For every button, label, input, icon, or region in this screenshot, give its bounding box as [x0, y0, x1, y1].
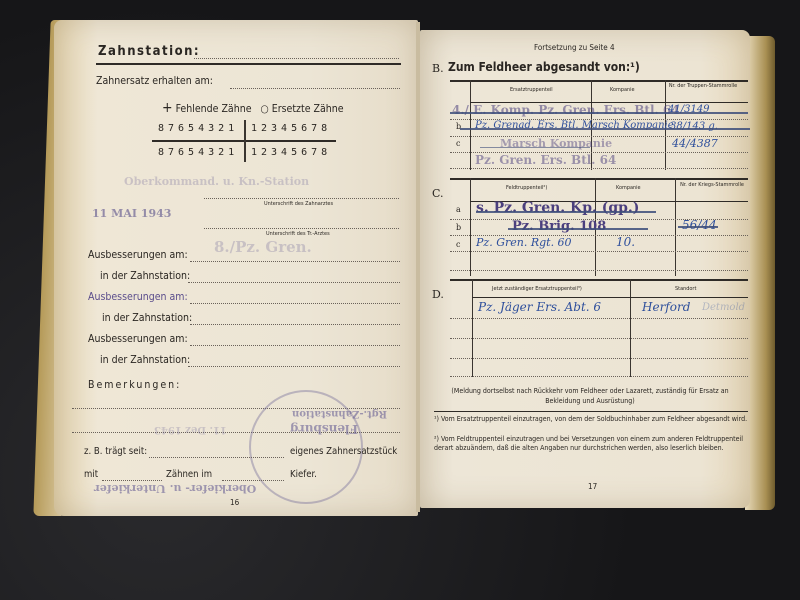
teeth-in-label: Zähnen im — [166, 469, 212, 480]
lower-date-stamp: 11. Dez 1943 — [154, 424, 227, 435]
tooth-lower-left-quadrant: 12345678 — [251, 147, 331, 158]
repair-1-station-label: in der Zahnstation: — [100, 270, 190, 282]
row-b-c-unit: Marsch Kompanie — [500, 137, 612, 150]
row-d-unit: Pz. Jäger Ers. Abt. 6 — [478, 300, 601, 314]
title-rule — [96, 63, 401, 65]
fill-line — [188, 366, 400, 367]
faint-unit-stamp: 8./Pz. Gren. — [214, 238, 312, 256]
col-header-feldtruppenteil: Feldtruppenteil²) — [506, 185, 547, 191]
col-header-kriegsstammrolle: Nr. der Kriegs-Stammrolle — [678, 181, 746, 189]
round-stamp-text-2: Flensburg — [290, 422, 358, 436]
row-line — [450, 338, 748, 339]
row-d-extra: Detmold — [702, 302, 745, 313]
table-c-top-rule — [450, 178, 748, 180]
row-b-b-roll: 38/143 g. — [670, 121, 718, 132]
page-number-16: 16 — [230, 498, 239, 507]
section-b-title: Zum Feldheer abgesandt von:¹) — [448, 60, 640, 74]
fill-line — [190, 345, 400, 346]
row-b-d-unit: Pz. Gren. Ers. Btl. 64 — [475, 153, 616, 167]
fill-line — [230, 88, 400, 89]
jaw-label: Kiefer. — [290, 469, 317, 480]
fill-line — [222, 480, 284, 481]
row-c-b-unit: Pz. Brig. 108 — [512, 219, 606, 234]
page-number-17: 17 — [588, 482, 597, 491]
repair-3-station-label: in der Zahnstation: — [100, 354, 190, 366]
strike-row-b — [460, 128, 750, 130]
section-b-label: B. — [432, 62, 444, 75]
page-title-zahnstation: Zahnstation: — [98, 44, 200, 59]
row-letter-c: c — [456, 139, 460, 148]
fill-line — [190, 324, 400, 325]
row-letter-c: c — [456, 240, 460, 249]
with-label: mit — [84, 469, 98, 480]
signature-line-dentist — [204, 198, 399, 199]
continuation-header: Fortsetzung zu Seite 4 — [534, 43, 615, 52]
strike-row-c-a — [476, 211, 656, 213]
signature-dentist-label: Unterschrift des Zahnarztes — [264, 201, 333, 207]
row-d-location: Herford — [642, 300, 690, 314]
row-letter-b: b — [456, 223, 461, 232]
fill-line — [194, 58, 399, 59]
tooth-upper-right-quadrant: 87654321 — [158, 123, 238, 134]
wears-since-label: z. B. trägt seit: — [84, 446, 147, 457]
section-c-label: C. — [432, 187, 444, 200]
row-line — [450, 358, 748, 359]
fill-line — [102, 480, 162, 481]
repair-1-label: Ausbesserungen am: — [88, 249, 188, 261]
strike-row-a — [450, 112, 748, 114]
row-c-c-company: 10. — [616, 235, 635, 249]
strike-row-c-b — [508, 228, 648, 230]
col-header-kompanie: Kompanie — [610, 87, 635, 93]
fill-line — [190, 303, 400, 304]
fill-line — [149, 457, 284, 458]
prosthesis-received-label: Zahnersatz erhalten am: — [96, 75, 213, 87]
page-16: Zahnstation: Zahnersatz erhalten am: + F… — [54, 20, 418, 516]
note-text: (Meldung dortselbst nach Rückkehr vom Fe… — [440, 386, 740, 406]
col-header-current-unit: Jetzt zuständiger Ersatztruppenteil³) — [492, 286, 582, 292]
col-header-standort: Standort — [675, 286, 696, 292]
legend-missing: + Fehlende Zähne ○ Ersetzte Zähne — [162, 100, 344, 116]
fill-line — [190, 261, 400, 262]
round-stamp-text-1: Rgt.-Zahnstation — [292, 408, 387, 419]
plus-icon: + — [162, 100, 173, 116]
own-prosthesis-label: eigenes Zahnersatzstück — [290, 446, 397, 457]
faint-stamp-top: Oberkommand. u. Kn.-Station — [124, 175, 309, 188]
row-line — [450, 251, 748, 252]
row-line — [450, 168, 748, 169]
footnote-rule — [434, 411, 748, 412]
row-c-a-unit: s. Pz. Gren. Kp. (gp.) — [476, 200, 639, 216]
signature-officer-label: Unterschrift des Tr.-Arztes — [266, 231, 330, 237]
footnote-2: ²) Vom Feldtruppenteil einzutragen und b… — [434, 435, 754, 453]
repair-2-label: Ausbesserungen am: — [88, 291, 188, 303]
col-divider — [472, 279, 473, 377]
row-c-c-unit: Pz. Gren. Rgt. 60 — [476, 236, 572, 249]
tooth-lower-right-quadrant: 87654321 — [158, 147, 238, 158]
col-divider — [630, 279, 631, 377]
col-divider — [470, 80, 471, 170]
footnote-1: ¹) Vom Ersatztruppenteil einzutragen, vo… — [434, 415, 754, 424]
col-header-stammrolle: Nr. der Truppen-Stammrolle — [668, 82, 738, 90]
open-soldbuch: Zahnstation: Zahnersatz erhalten am: + F… — [0, 0, 800, 600]
strike-row-c-b-roll — [678, 226, 718, 228]
upside-down-stamp: Oberkiefer- u. Unterkiefer — [94, 482, 256, 495]
col-divider — [470, 178, 471, 276]
row-c-b-roll: 56/44 — [682, 218, 717, 232]
remarks-label: Bemerkungen: — [88, 379, 181, 391]
col-header-kompanie: Kompanie — [616, 185, 641, 191]
signature-line-officer — [204, 228, 399, 229]
row-line — [450, 270, 748, 271]
header-rule — [472, 297, 748, 298]
circle-icon: ○ — [261, 103, 269, 115]
row-line — [450, 376, 748, 377]
tooth-upper-left-quadrant: 12345678 — [251, 123, 331, 134]
fill-line — [188, 282, 400, 283]
row-b-c-roll: 44/4387 — [672, 137, 718, 150]
repair-3-label: Ausbesserungen am: — [88, 333, 188, 345]
repair-2-station-label: in der Zahnstation: — [102, 312, 192, 324]
row-line — [450, 318, 748, 319]
page-17: Fortsetzung zu Seite 4 B. Zum Feldheer a… — [420, 30, 750, 508]
tooth-chart-vertical — [244, 120, 246, 162]
date-stamp: 11 MAI 1943 — [92, 207, 171, 220]
strike-row-c — [480, 147, 590, 148]
table-d-top-rule — [450, 279, 748, 281]
section-d-label: D. — [432, 288, 444, 301]
col-header-ersatztruppenteil: Ersatztruppenteil — [510, 87, 553, 93]
row-letter-a: a — [456, 205, 461, 214]
row-b-a-unit: 4./ E. Komp. Pz. Gren. Ers. Btl. 64 — [452, 103, 680, 117]
col-divider — [675, 178, 676, 276]
